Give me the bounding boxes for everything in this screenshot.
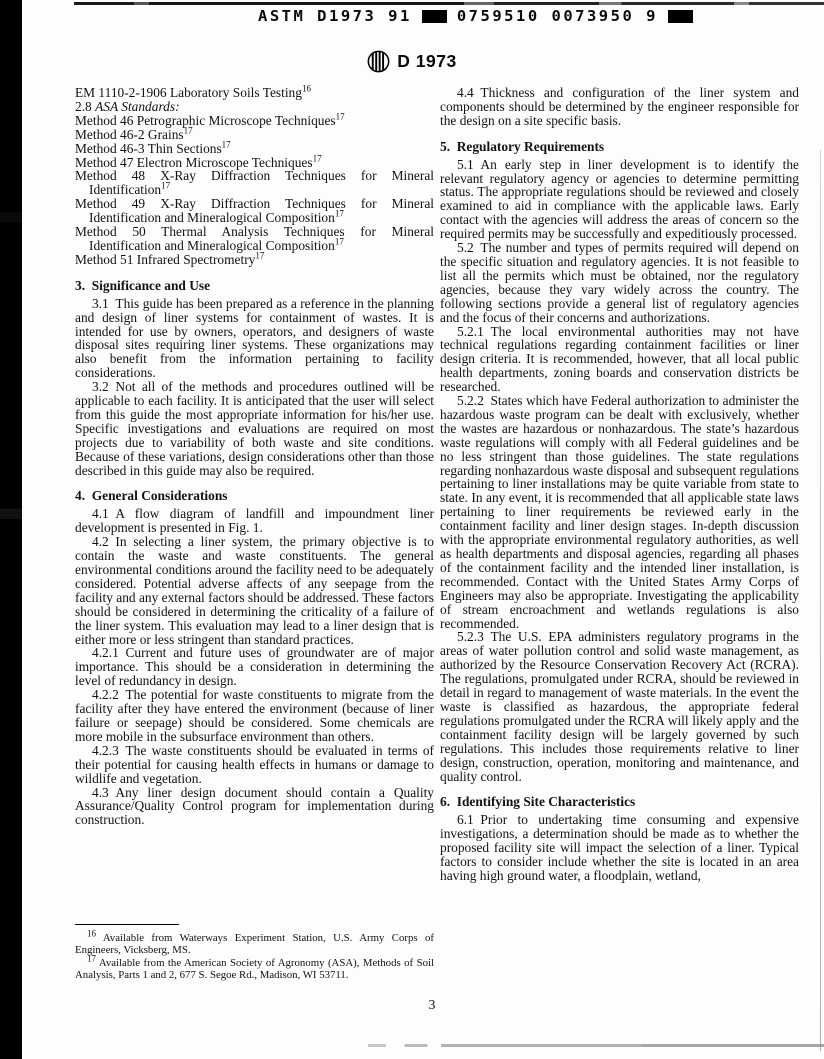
section-heading: 5. Regulatory Requirements bbox=[440, 140, 799, 154]
section-heading: 4. General Considerations bbox=[75, 489, 434, 503]
reference-item: Method 51 Infrared Spectrometry17 bbox=[75, 253, 434, 267]
scan-code-right: 0759510 0073950 9 bbox=[457, 7, 658, 25]
reference-item: Method 49 X-Ray Diffraction Techniques f… bbox=[75, 197, 434, 225]
scan-block-icon bbox=[422, 10, 447, 23]
section-heading: 6. Identifying Site Characteristics bbox=[440, 795, 799, 809]
document-header: D 1973 bbox=[0, 50, 824, 73]
paragraph: 4.2.2 The potential for waste constituen… bbox=[75, 688, 434, 744]
page-number: 3 bbox=[75, 997, 789, 1013]
reference-item: 2.8 ASA Standards: bbox=[75, 100, 434, 114]
footnotes-section: 16 Available from Waterways Experiment S… bbox=[75, 924, 434, 982]
scan-header-code: ASTM D1973 91 0759510 0073950 9 bbox=[258, 7, 693, 25]
reference-item: Method 46-2 Grains17 bbox=[75, 128, 434, 142]
reference-item: EM 1110-2-1906 Laboratory Soils Testing1… bbox=[75, 86, 434, 100]
document-page: ASTM D1973 91 0759510 0073950 9 D 1973 E… bbox=[0, 0, 824, 1059]
scan-code-left: ASTM D1973 91 bbox=[258, 7, 412, 25]
paragraph: 5.2.1 The local environmental authoritie… bbox=[440, 325, 799, 395]
paragraph: 4.2.1 Current and future uses of groundw… bbox=[75, 646, 434, 688]
left-column: EM 1110-2-1906 Laboratory Soils Testing1… bbox=[75, 86, 434, 883]
scan-binding-shadow bbox=[0, 0, 22, 1059]
reference-item: Method 50 Thermal Analysis Techniques fo… bbox=[75, 225, 434, 253]
right-edge-scan-artifact bbox=[820, 150, 821, 1051]
right-column: 4.4 Thickness and configuration of the l… bbox=[440, 86, 799, 883]
paragraph: 5.2.3 The U.S. EPA administers regulator… bbox=[440, 630, 799, 783]
scan-block-icon bbox=[668, 10, 693, 23]
reference-item: Method 48 X-Ray Diffraction Techniques f… bbox=[75, 169, 434, 197]
text-columns: EM 1110-2-1906 Laboratory Soils Testing1… bbox=[75, 86, 799, 883]
paragraph: 4.1 A flow diagram of landfill and impou… bbox=[75, 507, 434, 535]
paragraph: 3.2 Not all of the methods and procedure… bbox=[75, 380, 434, 477]
footnote: 16 Available from Waterways Experiment S… bbox=[75, 932, 434, 957]
paragraph: 4.2.3 The waste constituents should be e… bbox=[75, 744, 434, 786]
footnote-list: 16 Available from Waterways Experiment S… bbox=[75, 932, 434, 982]
paragraph: 5.1 An early step in liner development i… bbox=[440, 158, 799, 241]
document-code: D 1973 bbox=[397, 51, 456, 72]
top-scan-rule bbox=[74, 2, 824, 5]
paragraph: 4.2 In selecting a liner system, the pri… bbox=[75, 535, 434, 646]
paragraph: 4.4 Thickness and configuration of the l… bbox=[440, 86, 799, 128]
reference-item: Method 46-3 Thin Sections17 bbox=[75, 142, 434, 156]
paragraph: 4.3 Any liner design document should con… bbox=[75, 786, 434, 828]
paragraph: 3.1 This guide has been prepared as a re… bbox=[75, 297, 434, 380]
paragraph: 6.1 Prior to undertaking time consuming … bbox=[440, 813, 799, 883]
bottom-scan-artifact bbox=[368, 1044, 824, 1047]
footnote-rule bbox=[75, 924, 179, 925]
paragraph: 5.2.2 States which have Federal authoriz… bbox=[440, 394, 799, 630]
reference-item: Method 46 Petrographic Microscope Techni… bbox=[75, 114, 434, 128]
astm-logo-icon bbox=[367, 50, 390, 73]
section-heading: 3. Significance and Use bbox=[75, 279, 434, 293]
reference-item: Method 47 Electron Microscope Techniques… bbox=[75, 156, 434, 170]
footnote: 17 Available from the American Society o… bbox=[75, 957, 434, 982]
paragraph: 5.2 The number and types of permits requ… bbox=[440, 241, 799, 324]
